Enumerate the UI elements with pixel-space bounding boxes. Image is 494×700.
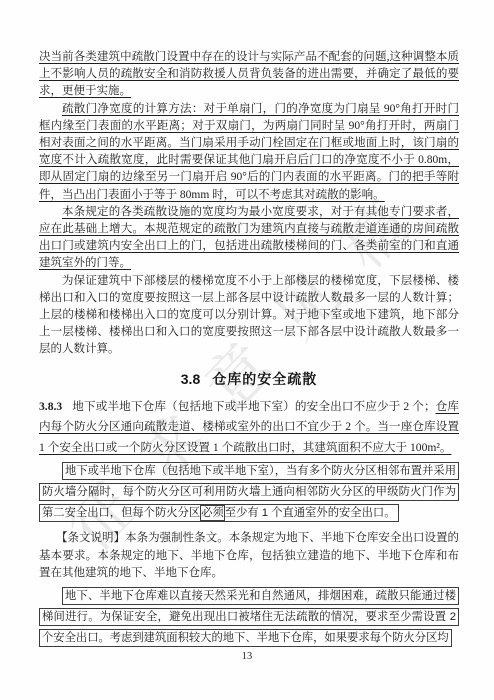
section-heading-3-8: 3.8仓库的安全疏散	[39, 369, 459, 389]
boxed-1-part-2: 至少有 1 个直通室外的安全出口。	[225, 507, 396, 519]
document-page: 征求意见稿 决当前各类建筑中疏散门设置中存在的设计与实际产品不配套的问题,这种调…	[0, 0, 494, 700]
boxed-revision-text-1: 地下或半地下仓库（包括地下或半地下室），当有多个防火分区相邻布置并采用防火墙分隔…	[39, 462, 459, 522]
boxed-revision-paragraph-2: 地下、半地下仓库难以直接天然采光和自然通风，排烟困难，疏散只能通过楼梯间进行。为…	[39, 586, 459, 649]
clause-text-plain: 地下或半地下仓库（包括地下或半地下室）的安全出口不应少于 2 个；	[72, 400, 435, 413]
boxed-1-marked-word: 必须	[200, 505, 225, 521]
paragraph-door-clear-width-method: 疏散门净宽度的计算方法：对于单扇门，门的净宽度为门扇呈 90°角打开时门框内缘至…	[39, 101, 459, 204]
paragraph-stair-width-calculation: 为保证建筑中下部楼层的楼梯宽度不小于上部楼层的楼梯宽度，下层楼梯、楼梯出口和入口…	[39, 273, 459, 359]
boxed-revision-paragraph-1: 地下或半地下仓库（包括地下或半地下室），当有多个防火分区相邻布置并采用防火墙分隔…	[39, 461, 459, 524]
section-number: 3.8	[181, 371, 200, 387]
clause-3-8-3: 3.8.3地下或半地下仓库（包括地下或半地下室）的安全出口不应少于 2 个；仓库…	[39, 397, 459, 459]
section-title: 仓库的安全疏散	[212, 371, 317, 387]
explanation-label: 【条文说明】	[56, 532, 125, 544]
page-content: 决当前各类建筑中疏散门设置中存在的设计与实际产品不配套的问题,这种调整本质上不影…	[39, 49, 459, 649]
page-number: 13	[0, 651, 494, 662]
article-explanation-paragraph: 【条文说明】本条为强制性条文。本条规定为地下、半地下仓库安全出口设置的基本要求。…	[39, 530, 459, 583]
paragraph-continuation: 决当前各类建筑中疏散门设置中存在的设计与实际产品不配套的问题,这种调整本质上不影…	[39, 49, 459, 101]
clause-number: 3.8.3	[39, 400, 62, 413]
paragraph-minimum-width-requirement: 本条规定的各类疏散设施的宽度均为最小宽度要求，对于有其他专门要求者，应在此基础上…	[39, 204, 459, 273]
boxed-revision-text-2: 地下、半地下仓库难以直接天然采光和自然通风，排烟困难，疏散只能通过楼梯间进行。为…	[39, 587, 459, 647]
